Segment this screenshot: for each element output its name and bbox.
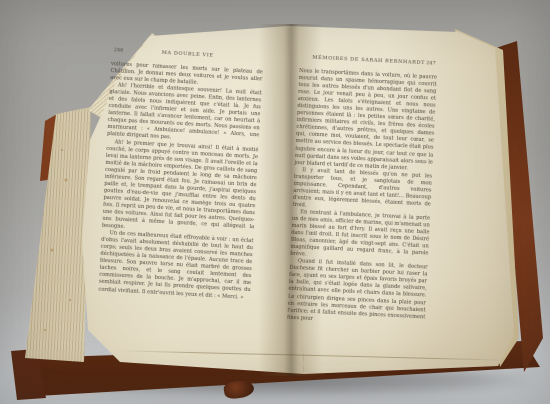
paragraph: Nous le transportâmes dans la voiture, o…	[294, 68, 437, 173]
paragraph: Quand il fut installé dans son lit, le d…	[287, 258, 428, 328]
right-page-number: 247	[426, 59, 436, 67]
paragraph: Ah! le premier que je trouvai ainsi! Il …	[102, 138, 259, 238]
paragraph: Il y avait tant de blessés qu'on ne put …	[292, 167, 432, 216]
book-photo: 246 MA DOUBLE VIE voitures pour ramasser…	[0, 0, 550, 404]
paragraph: En rentrant à l'ambulance, je trouvai à …	[290, 209, 430, 265]
paragraph: Un de ces malheureux était effroyable à …	[98, 230, 253, 302]
book-cover-strap	[223, 379, 255, 400]
right-page-text: MÉMOIRES DE SARAH BERNHARDT 247 Nous le …	[287, 53, 438, 328]
paragraph: Ah! l'horrible et dantesque souvenir! La…	[107, 82, 262, 147]
left-text-block: voitures pour ramasser les morts sur le …	[98, 61, 263, 302]
left-page-text: 246 MA DOUBLE VIE voitures pour ramasser…	[98, 46, 264, 302]
right-text-block: Nous le transportâmes dans la voiture, o…	[287, 68, 437, 328]
left-page-number: 246	[114, 46, 124, 55]
left-running-head-title: MA DOUBLE VIE	[162, 50, 214, 59]
